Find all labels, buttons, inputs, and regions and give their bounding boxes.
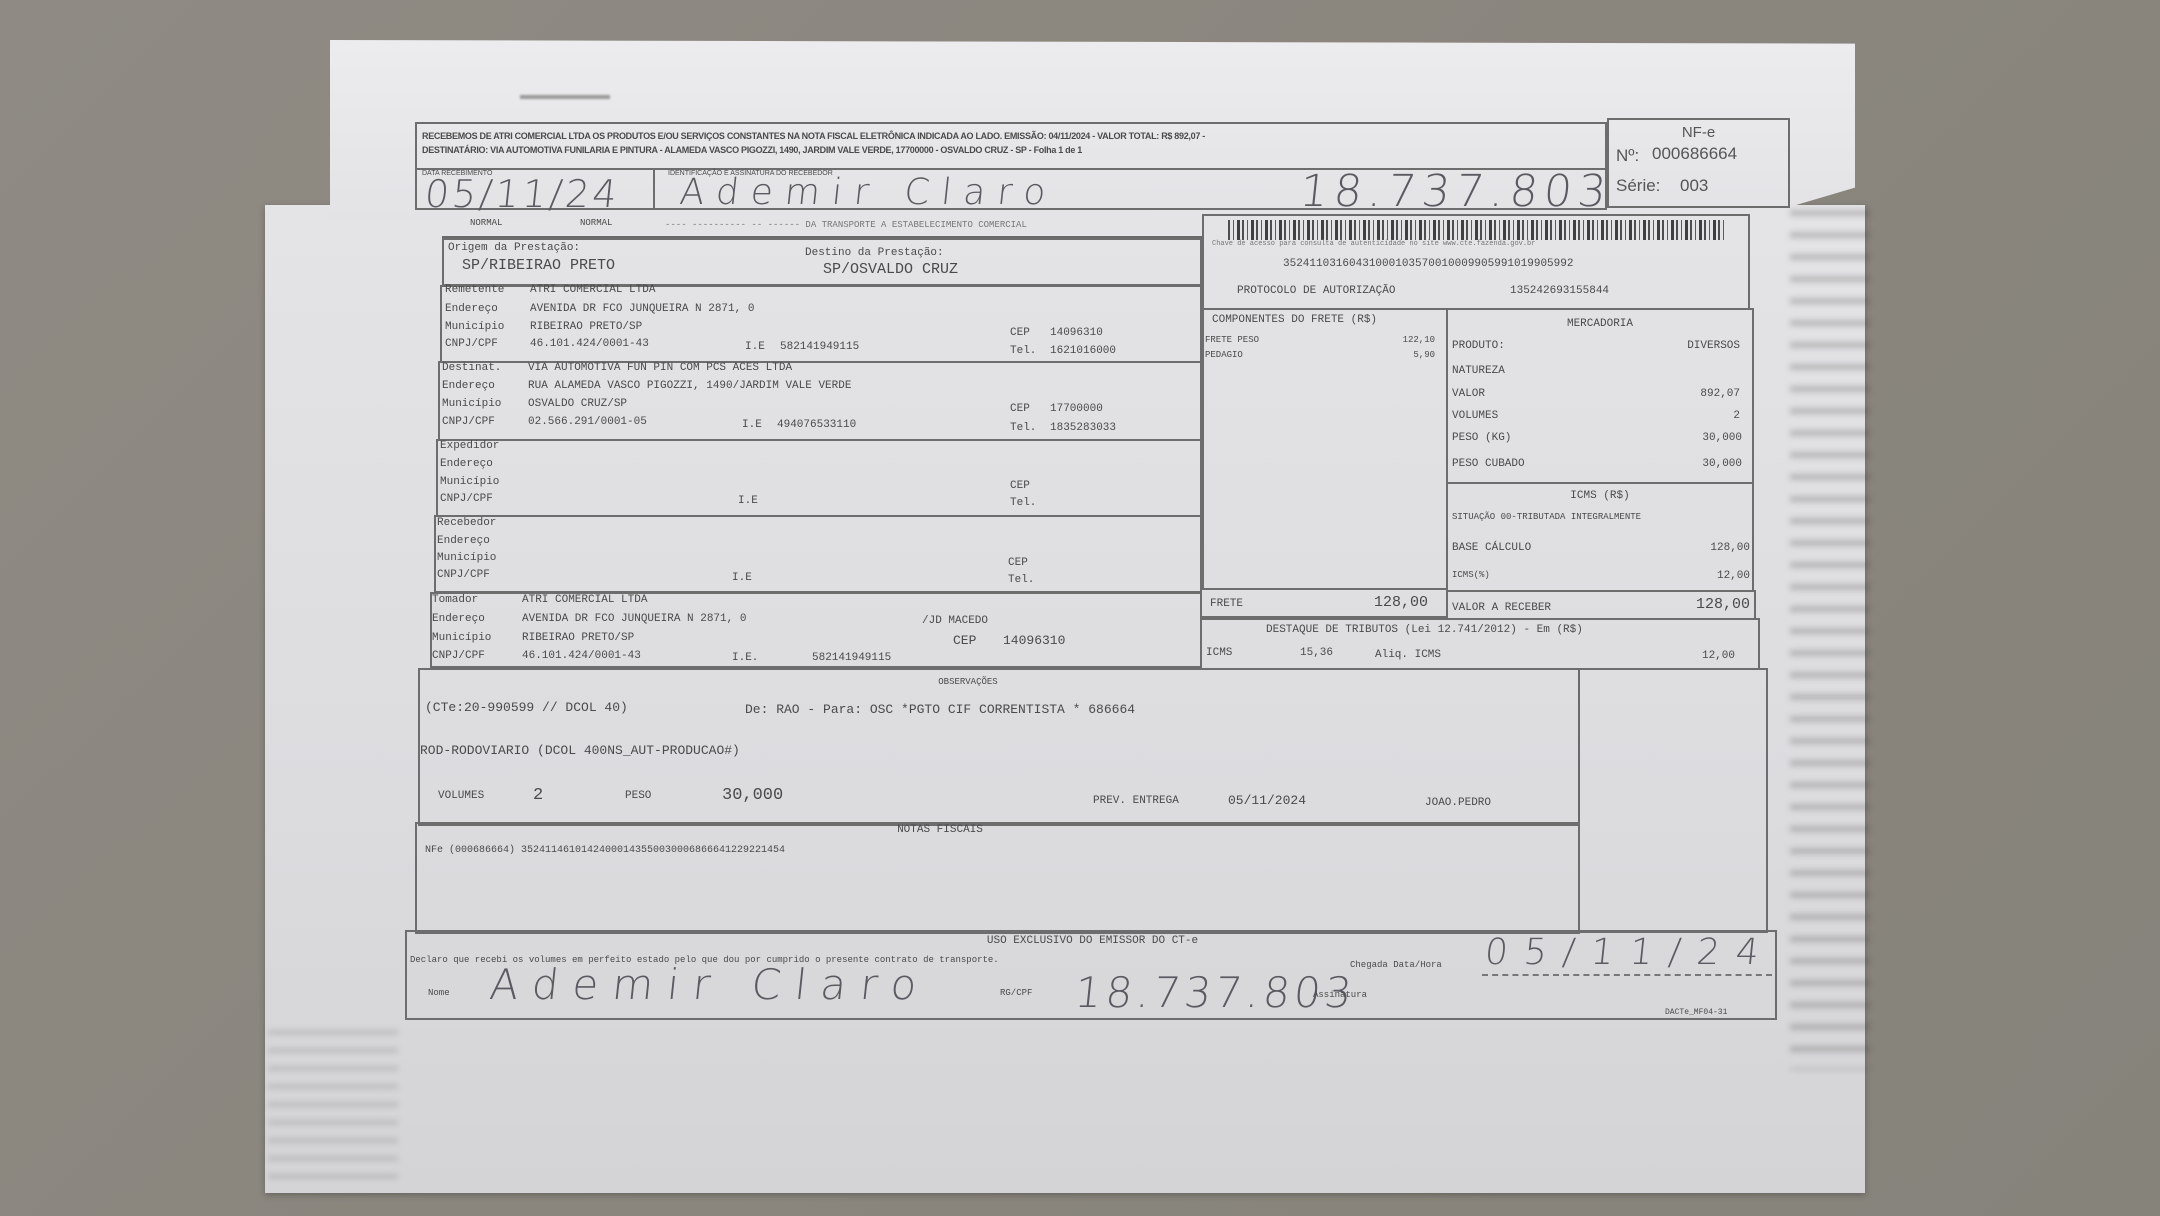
freight-total-label: FRETE xyxy=(1210,598,1243,610)
destinatario-doc: 02.566.291/0001-05 xyxy=(528,416,647,428)
remetente-ie: 582141949115 xyxy=(780,341,859,353)
remetente-address-label: Endereço xyxy=(445,303,498,315)
invoice-entry: NFe (000686664) 352411461014240001435500… xyxy=(425,845,785,856)
remetente-tel: 1621016000 xyxy=(1050,345,1116,357)
destinatario-city-label: Município xyxy=(442,398,501,410)
remetente-tel-label: Tel. xyxy=(1010,345,1036,357)
merchandise-value: 892,07 xyxy=(1600,388,1740,400)
destinatario-name: VIA AUTOMOTIVA FUN PIN COM PCS ACES LTDA xyxy=(528,362,792,374)
receipt-signature: Ademir Claro xyxy=(678,172,1060,213)
tomador-city: RIBEIRAO PRETO/SP xyxy=(522,632,634,644)
destinatario-address-label: Endereço xyxy=(442,380,495,392)
destination-value: SP/OSVALDO CRUZ xyxy=(823,261,958,278)
expedidor-cep-label: CEP xyxy=(1010,480,1030,492)
observations-side-box xyxy=(1578,668,1768,933)
observations-ref: (CTe:20-990599 // DCOL 40) xyxy=(425,700,628,715)
receipt-date-handwritten: 05/11/24 xyxy=(423,172,622,216)
merchandise-label: NATUREZA xyxy=(1452,365,1505,377)
icms-rate-label: ICMS(%) xyxy=(1452,570,1490,580)
remetente-name: ATRI COMERCIAL LTDA xyxy=(530,284,655,296)
tomador-ie-label: I.E. xyxy=(732,652,758,664)
expedidor-label: Expedidor xyxy=(440,440,499,452)
tomador-district: /JD MACEDO xyxy=(922,615,988,627)
expedidor-tel-label: Tel. xyxy=(1010,497,1036,509)
icms-rate: 12,00 xyxy=(1600,570,1750,582)
destinatario-cep: 17700000 xyxy=(1050,403,1103,415)
merchandise-value: 2 xyxy=(1600,410,1740,422)
nfe-serie-label: Série: xyxy=(1616,176,1660,196)
observations-line-2: ROD-RODOVIARIO (DCOL 400NS_AUT-PRODUCAO#… xyxy=(420,743,740,758)
destinatario-city: OSVALDO CRUZ/SP xyxy=(528,398,627,410)
stray-mark xyxy=(520,95,610,99)
destinatario-doc-label: CNPJ/CPF xyxy=(442,416,495,428)
tax-icms-value: 15,36 xyxy=(1300,647,1333,659)
destinatario-label: Destinat. xyxy=(442,362,501,374)
remetente-doc: 46.101.424/0001-43 xyxy=(530,338,649,350)
print-bleed-left xyxy=(268,1030,398,1190)
remetente-doc-label: CNPJ/CPF xyxy=(445,338,498,350)
access-key-box xyxy=(1202,214,1750,310)
receive-value: 128,00 xyxy=(1600,596,1750,613)
tomador-address: AVENIDA DR FCO JUNQUEIRA N 2871, 0 xyxy=(522,613,746,625)
invoices-title: NOTAS FISCAIS xyxy=(415,824,1465,836)
tax-aliq-label: Aliq. ICMS xyxy=(1375,649,1441,661)
arrival-underline xyxy=(1482,974,1772,976)
type-normal-1: NORMAL xyxy=(470,218,502,228)
merchandise-label: PRODUTO: xyxy=(1452,340,1505,352)
expedidor-doc-label: CNPJ/CPF xyxy=(440,493,493,505)
type-normal-2: NORMAL xyxy=(580,218,612,228)
freight-item-label: FRETE PESO xyxy=(1205,335,1259,345)
obs-peso: 30,000 xyxy=(722,786,783,805)
recebedor-box xyxy=(434,515,1202,593)
destinatario-ie-label: I.E xyxy=(742,419,762,431)
photographed-document: RECEBEMOS DE ATRI COMERCIAL LTDA OS PROD… xyxy=(0,0,2160,1216)
tomador-address-label: Endereço xyxy=(432,613,485,625)
remetente-cep: 14096310 xyxy=(1050,327,1103,339)
nfe-number-label: Nº: xyxy=(1616,146,1639,166)
recebedor-tel-label: Tel. xyxy=(1008,574,1034,586)
arrival-label: Chegada Data/Hora xyxy=(1350,960,1442,970)
recebedor-city-label: Município xyxy=(437,552,496,564)
merchandise-value: DIVERSOS xyxy=(1600,340,1740,352)
merchandise-label: PESO CUBADO xyxy=(1452,458,1525,470)
expedidor-city-label: Município xyxy=(440,476,499,488)
destinatario-tel-label: Tel. xyxy=(1010,422,1036,434)
obs-operator: JOAO.PEDRO xyxy=(1425,797,1491,809)
expedidor-ie-label: I.E xyxy=(738,495,758,507)
obs-delivery-date: 05/11/2024 xyxy=(1228,793,1306,808)
destinatario-address: RUA ALAMEDA VASCO PIGOZZI, 1490/JARDIM V… xyxy=(528,380,851,392)
invoices-box xyxy=(415,822,1580,934)
recebedor-doc-label: CNPJ/CPF xyxy=(437,569,490,581)
tomador-doc-label: CNPJ/CPF xyxy=(432,650,485,662)
remetente-address: AVENIDA DR FCO JUNQUEIRA N 2871, 0 xyxy=(530,303,754,315)
receipt-rg-handwritten: 18.737.803 xyxy=(1297,166,1614,217)
destination-label: Destino da Prestação: xyxy=(805,247,944,259)
remetente-cep-label: CEP xyxy=(1010,327,1030,339)
rg-label: RG/CPF xyxy=(1000,988,1032,998)
origin-label: Origem da Prestação: xyxy=(448,242,580,254)
remetente-ie-label: I.E xyxy=(745,341,765,353)
recebedor-cep-label: CEP xyxy=(1008,557,1028,569)
recebedor-address-label: Endereço xyxy=(437,535,490,547)
tomador-doc: 46.101.424/0001-43 xyxy=(522,650,641,662)
observations-route: De: RAO - Para: OSC *PGTO CIF CORRENTIST… xyxy=(745,702,1135,717)
recebedor-label: Recebedor xyxy=(437,517,496,529)
merchandise-value: 30,000 xyxy=(1600,458,1742,470)
tomador-cep: 14096310 xyxy=(1003,633,1065,648)
freight-item-label: PEDAGIO xyxy=(1205,350,1243,360)
receipt-line-2: DESTINATÁRIO: VIA AUTOMOTIVA FUNILARIA E… xyxy=(422,145,1082,155)
merchandise-label: VALOR xyxy=(1452,388,1485,400)
freight-components-title: COMPONENTES DO FRETE (R$) xyxy=(1212,314,1377,326)
form-code: DACTe_MF04-31 xyxy=(1665,1008,1727,1017)
freight-total: 128,00 xyxy=(1330,594,1428,611)
icms-base-label: BASE CÁLCULO xyxy=(1452,542,1531,554)
obs-volumes: 2 xyxy=(533,786,543,805)
merchandise-title: MERCADORIA xyxy=(1446,318,1754,330)
tomador-cep-label: CEP xyxy=(953,633,976,648)
tomador-label: Tomador xyxy=(432,594,478,606)
receive-label: VALOR A RECEBER xyxy=(1452,602,1551,614)
obs-volumes-label: VOLUMES xyxy=(438,790,484,802)
destinatario-tel: 1835283033 xyxy=(1050,422,1116,434)
nfe-serie: 003 xyxy=(1680,176,1708,196)
destinatario-cep-label: CEP xyxy=(1010,403,1030,415)
merchandise-label: PESO (KG) xyxy=(1452,432,1511,444)
service-description: ---- ---------- -- ------ DA TRANSPORTE … xyxy=(665,220,1027,230)
obs-peso-label: PESO xyxy=(625,790,651,802)
receipt-line-1: RECEBEMOS DE ATRI COMERCIAL LTDA OS PROD… xyxy=(422,131,1205,141)
destinatario-ie: 494076533110 xyxy=(777,419,856,431)
nfe-number: 000686664 xyxy=(1652,144,1737,164)
tax-aliq-value: 12,00 xyxy=(1620,650,1735,662)
icms-base: 128,00 xyxy=(1600,542,1750,554)
nfe-title: NF-e xyxy=(1607,124,1790,141)
origin-value: SP/RIBEIRAO PRETO xyxy=(462,257,615,274)
signature-label: Assinatura xyxy=(1313,990,1367,1000)
merchandise-label: VOLUMES xyxy=(1452,410,1498,422)
icms-title: ICMS (R$) xyxy=(1446,490,1754,502)
freight-item-value: 5,90 xyxy=(1340,350,1435,360)
expedidor-box xyxy=(436,439,1202,517)
tomador-city-label: Município xyxy=(432,632,491,644)
recebedor-ie-label: I.E xyxy=(732,572,752,584)
tomador-name: ATRI COMERCIAL LTDA xyxy=(522,594,647,606)
remetente-city-label: Município xyxy=(445,321,504,333)
observations-title: OBSERVAÇÕES xyxy=(418,677,1518,687)
tax-highlight-title: DESTAQUE DE TRIBUTOS (Lei 12.741/2012) -… xyxy=(1266,624,1583,636)
arrival-handwritten: 05/11/24 xyxy=(1483,932,1777,973)
tax-icms-label: ICMS xyxy=(1206,647,1232,659)
receiver-name-signature: Ademir Claro xyxy=(487,960,933,1009)
tomador-ie: 582141949115 xyxy=(812,652,891,664)
expedidor-address-label: Endereço xyxy=(440,458,493,470)
icms-situation: SITUAÇÃO 00-TRIBUTADA INTEGRALMENTE xyxy=(1452,512,1641,522)
remetente-city: RIBEIRAO PRETO/SP xyxy=(530,321,642,333)
obs-delivery-label: PREV. ENTREGA xyxy=(1093,795,1179,807)
merchandise-value: 30,000 xyxy=(1600,432,1742,444)
remetente-label: Remetente xyxy=(445,284,504,296)
freight-item-value: 122,10 xyxy=(1340,335,1435,345)
name-label: Nome xyxy=(428,988,450,998)
print-bleed-right xyxy=(1790,210,1870,1070)
